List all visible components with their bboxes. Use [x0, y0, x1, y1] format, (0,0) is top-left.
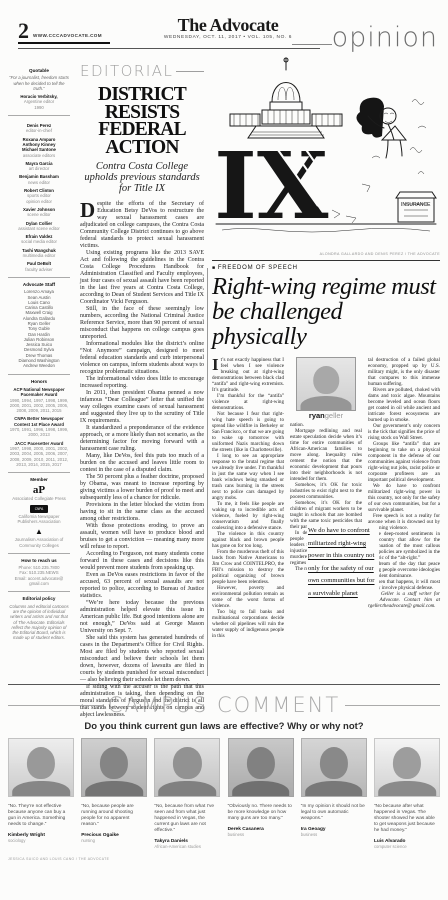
oped-top-rule — [212, 260, 440, 261]
respondent-quote: “Obviously no. There needs to be more kn… — [228, 804, 294, 822]
editorial-article: EDITORIAL DISTRICT RESISTS FEDERAL ACTIO… — [80, 62, 204, 719]
staff-entry: Roxana Amparo Anthony Kinney Michael San… — [9, 137, 69, 158]
staff-list: Denis Perez editor-in-chief Roxana Ampar… — [8, 115, 70, 277]
staff-entry: Mayra Garcia art director — [9, 161, 69, 172]
member-section: Member aP Associated Collegiate Press CN… — [8, 472, 70, 553]
member-org-logo-icon: aP — [9, 485, 69, 495]
editorial-paragraph: It standardized a preponderance of the e… — [80, 425, 204, 453]
staff-entry: Benjamin Bassham news editor — [9, 174, 69, 185]
oped-paragraph: Somehow, it’s OK for toxic industries to… — [290, 482, 362, 500]
staff-role: art director — [9, 166, 69, 171]
contact-section: How to reach us Phone: 510.235.7800 Fax:… — [8, 553, 70, 591]
oped-paragraph: The violence in this country against bla… — [212, 531, 284, 549]
author-last-name: geller — [325, 411, 343, 420]
campus-comment-section: CAMPUS COMMENT Do you think current gun … — [8, 684, 440, 861]
policy-section: Editorial policy Columns and editorial c… — [8, 591, 70, 645]
campus-comment-title: CAMPUS COMMENT — [108, 693, 340, 717]
pull-quote: We do have to confront militarized right… — [307, 523, 379, 602]
campus-response: “No, because from what I’ve seen and fro… — [154, 738, 220, 849]
staff-role: news editor — [9, 180, 69, 185]
member-org-name: Associated Collegiate Press — [9, 496, 69, 501]
campus-rule-right — [345, 705, 440, 706]
oped-article: IX INSURANCE ALONDRA GALLARDO AND DENIS … — [212, 54, 440, 639]
staff-entry: Xavier Johnson scene editor — [9, 207, 69, 218]
member-org-name: Journalism Association of Community Coll… — [9, 537, 69, 548]
editorial-paragraph: Even as DeVos eases restrictions in favo… — [80, 572, 204, 600]
staff-box: Quotable “For a journalist, freedom star… — [8, 64, 70, 646]
kicker-text: FREEDOM OF SPEECH — [218, 265, 298, 271]
page-number: 2 — [18, 22, 29, 40]
oped-paragraph: Not because I fear that right-wing hate … — [212, 411, 284, 453]
quotable-section: Quotable “For a journalist, freedom star… — [8, 64, 70, 115]
respondent-quote: “No, because from what I’ve seen and fro… — [154, 804, 220, 834]
oped-paragraph: From the murderous theft of this lands f… — [212, 549, 284, 585]
campus-response: “No. They’re not effective because anyon… — [8, 738, 74, 849]
masthead-left: 2 WWW.CCCADVOCATE.COM — [18, 22, 110, 44]
cartoon-credit: ALONDRA GALLARDO AND DENIS PEREZ / THE A… — [212, 252, 440, 256]
member-org: CNPA California Newspaper Publishers Ass… — [9, 505, 69, 525]
staff-entry: Paul DeBolt faculty adviser — [9, 261, 69, 272]
staff-role: assistant scene editor — [9, 226, 69, 231]
staff-role: faculty adviser — [9, 267, 69, 272]
editorial-paragraph: The informational video does little to e… — [80, 376, 204, 390]
author-photo — [296, 357, 356, 411]
honor-entry: JACC Pacesetter Award 1997, 1998, 2000, … — [9, 441, 69, 467]
oped-paragraph: To me, it feels like people are waking u… — [212, 501, 284, 531]
editorial-paragraph: Still, in the face of these seemingly lo… — [80, 306, 204, 341]
oped-kicker: ■FREEDOM OF SPEECH — [212, 265, 440, 271]
pull-quote-text: We do have to confront militarized right… — [308, 527, 374, 597]
oped-paragraph: Groups like “antifa” that are beginning … — [368, 441, 440, 483]
editorial-paragraph: Using existing programs like the 2013 SA… — [80, 250, 204, 306]
respondent-photo — [8, 738, 74, 797]
policy-label: Editorial policy — [9, 596, 69, 601]
section-rule — [292, 44, 332, 45]
honor-years: 1970, 1991, 1996, 1998, 1999, 2000, 2013 — [9, 427, 69, 438]
respondent-photo — [154, 738, 220, 797]
honor-entry: CNPA Better Newspaper Contest 1st Place … — [9, 416, 69, 437]
respondent-major: computer science — [374, 844, 440, 849]
editorial-paragraph: Informational modules like the district’… — [80, 341, 204, 376]
editorial-paragraph: Provisions in the letter blocked the vic… — [80, 502, 204, 523]
staff-role: associate editors — [9, 153, 69, 158]
campus-responses: “No. They’re not effective because anyon… — [8, 738, 440, 849]
quotable-quote: “For a journalist, freedom starts when h… — [9, 75, 69, 91]
respondent-quote: “No, because people are running around s… — [81, 804, 147, 828]
oped-column-1: It’s not exactly happiness that I feel w… — [212, 357, 284, 639]
masthead: 2 WWW.CCCADVOCATE.COM The Advocate WEDNE… — [18, 16, 438, 52]
newspaper-opinion-page: 2 WWW.CCCADVOCATE.COM The Advocate WEDNE… — [0, 0, 448, 900]
quotable-year: 1990 — [9, 105, 69, 110]
staff-role: sports editor opinion editor — [9, 193, 69, 204]
editorial-paragraph: According to Ferguson, not many students… — [80, 551, 204, 572]
editorial-paragraph: Many, like DeVos, feel this puts too muc… — [80, 453, 204, 474]
honor-name: ACP National Newspaper Pacemaker Award — [9, 387, 69, 398]
staff-role: multimedia editor — [9, 253, 69, 258]
section-name: opinion — [332, 26, 438, 50]
oped-paragraph: However, poverty and environmental pollu… — [212, 585, 284, 609]
website-url: WWW.CCCADVOCATE.COM — [33, 33, 102, 40]
campus-question: Do you think current gun laws are effect… — [8, 721, 440, 732]
staff-entry: Denis Perez editor-in-chief — [9, 123, 69, 134]
column-divider-rule — [207, 268, 208, 676]
honors-section: Honors ACP National Newspaper Pacemaker … — [8, 374, 70, 472]
kicker-square-icon: ■ — [212, 265, 216, 271]
oped-paragraph: Too big to fail banks and multinational … — [212, 609, 284, 639]
oped-columns: It’s not exactly happiness that I feel w… — [212, 357, 440, 639]
policy-text: Columns and editorial cartoons are the o… — [9, 604, 69, 641]
editorial-subhead: Contra Costa College upholds previous st… — [80, 161, 204, 194]
masthead-right: opinion — [292, 26, 438, 50]
editorial-label: EDITORIAL — [80, 62, 173, 80]
staff-entry: Robert Clinton sports editor opinion edi… — [9, 188, 69, 204]
campus-response: “No because after what happened in Vegas… — [374, 738, 440, 849]
editorial-label-rule — [176, 71, 204, 72]
respondent-quote: “No. They’re not effective because anyon… — [8, 804, 74, 828]
oped-paragraph: Mortgage redlining and real estate specu… — [290, 428, 362, 482]
editorial-paragraph: Despite the efforts of the Secretary of … — [80, 201, 204, 250]
respondent-photo — [301, 738, 367, 797]
contact-email: Email: accent.advocate@ gmail.com — [9, 576, 69, 587]
staff-role: editor-in-chief — [9, 128, 69, 133]
staff-entry: Dylan Collier assistant scene editor — [9, 221, 69, 232]
respondent-quote: “No because after what happened in Vegas… — [374, 804, 440, 834]
editorial-paragraph: In 2011, then president Obama penned a n… — [80, 390, 204, 425]
oped-paragraph: Rivers are polluted, choked with dams an… — [368, 387, 440, 423]
advocate-staff-label: Advocate Staff — [9, 282, 69, 287]
oped-paragraph: It’s not exactly happiness that I feel w… — [212, 357, 284, 393]
respondent-photo — [374, 738, 440, 797]
title-ix-letters: IX — [214, 132, 329, 240]
respondent-major: business — [228, 832, 294, 837]
respondent-photo — [228, 738, 294, 797]
oped-paragraph: I’m thankful for the “antifa” violence a… — [212, 393, 284, 411]
campus-rule-left — [8, 705, 103, 706]
campus-response: “Obviously no. There needs to be more kn… — [228, 738, 294, 849]
author-first-name: ryan — [309, 411, 325, 420]
oped-paragraph: tal destruction of a failed global econo… — [368, 357, 440, 387]
staff-entry: Tashi Wangchuk multimedia editor — [9, 248, 69, 259]
staff-entry: Efrain Valdez social media editor — [9, 234, 69, 245]
quotable-label: Quotable — [9, 68, 69, 73]
member-org-name: California Newspaper Publishers Associat… — [9, 514, 69, 525]
author-byline: ryangeller — [290, 413, 362, 419]
oped-paragraph: Our government’s only concern is the tic… — [368, 423, 440, 441]
advocate-staff-names: Lorenzo Amaya Sean Austin Louis Cano Car… — [9, 289, 69, 368]
member-org-logo-icon: CNPA — [30, 505, 48, 513]
oped-paragraph: We do have to confront militarized right… — [368, 483, 440, 513]
honor-entry: ACP National Newspaper Pacemaker Award 1… — [9, 387, 69, 413]
member-org-logo-icon: ▲ — [9, 527, 69, 536]
member-org: aP Associated Collegiate Press — [9, 485, 69, 501]
member-label: Member — [9, 477, 69, 482]
editorial-headline: DISTRICT RESISTS FEDERAL ACTION — [80, 86, 204, 156]
member-org: ▲ Journalism Association of Community Co… — [9, 527, 69, 548]
insurance-sign-label: INSURANCE — [401, 202, 431, 208]
honor-name: CNPA Better Newspaper Contest 1st Place … — [9, 416, 69, 427]
staff-role: scene editor — [9, 212, 69, 217]
campus-photo-credit: JESSICA SUICO AND LOUIS CANO / THE ADVOC… — [8, 857, 440, 861]
editorial-cartoon: IX INSURANCE — [212, 54, 440, 246]
editorial-paragraph: The 50 percent plus a feather doctrine, … — [80, 474, 204, 502]
oped-paragraph: I long to see an appropriate response to… — [212, 453, 284, 501]
honors-label: Honors — [9, 379, 69, 384]
editorial-body: Despite the efforts of the Secretary of … — [80, 201, 204, 719]
campus-response: “In my opinion it should not be legal to… — [301, 738, 367, 849]
advocate-staff-section: Advocate Staff Lorenzo Amaya Sean Austin… — [8, 277, 70, 374]
editorial-paragraph: She said this system has generated hundr… — [80, 635, 204, 684]
editorial-paragraph: With those protections eroding, to prove… — [80, 523, 204, 551]
masthead-rule — [18, 48, 320, 49]
honor-years: 1990, 1994, 1997, 1998, 1999, 2000, 2001… — [9, 398, 69, 414]
respondent-major: nursing — [81, 838, 147, 843]
contact-label: How to reach us — [9, 558, 69, 563]
respondent-photo — [81, 738, 147, 797]
respondent-major: African-American studies — [154, 844, 220, 849]
campus-response: “No, because people are running around s… — [81, 738, 147, 849]
oped-headline: Right-wing regime must be challenged phy… — [212, 274, 440, 349]
editorial-paragraph: “We’re here today because the previous a… — [80, 600, 204, 635]
respondent-major: sociology — [8, 838, 74, 843]
respondent-quote: “In my opinion it should not be legal to… — [301, 804, 367, 822]
staff-role: social media editor — [9, 239, 69, 244]
staff-name: Roxana Amparo Anthony Kinney Michael San… — [9, 137, 69, 153]
respondent-major: business — [301, 832, 367, 837]
honor-years: 1997, 1998, 2000, 2001, 2002, 2003, 2004… — [9, 446, 69, 467]
